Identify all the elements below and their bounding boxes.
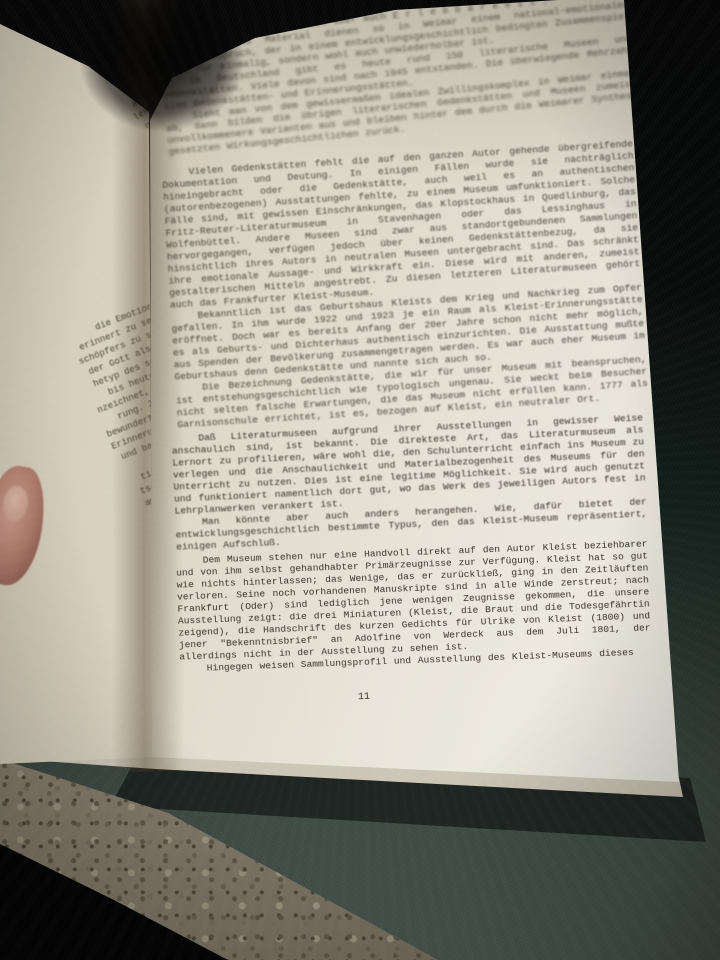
book-photo: erteilt sindin weit zurückreigibt es deu… [0,0,720,960]
page-number: 11 [358,692,370,703]
paragraph-group-middle: Vielen Gedenkstätten fehlt die auf den g… [161,138,649,431]
paragraph-group-lower: Daß Literaturmuseen aufgrund ihrer Ausst… [171,412,648,553]
paragraph: Dem Museum stehen nur eine Handvoll dire… [176,538,652,663]
paragraph-group-bottom: Dem Museum stehen nur eine Handvoll dire… [176,538,652,675]
fingernail [0,484,31,524]
right-page-text: geschichtlicher Aufgabenbereich unberühr… [156,5,652,676]
